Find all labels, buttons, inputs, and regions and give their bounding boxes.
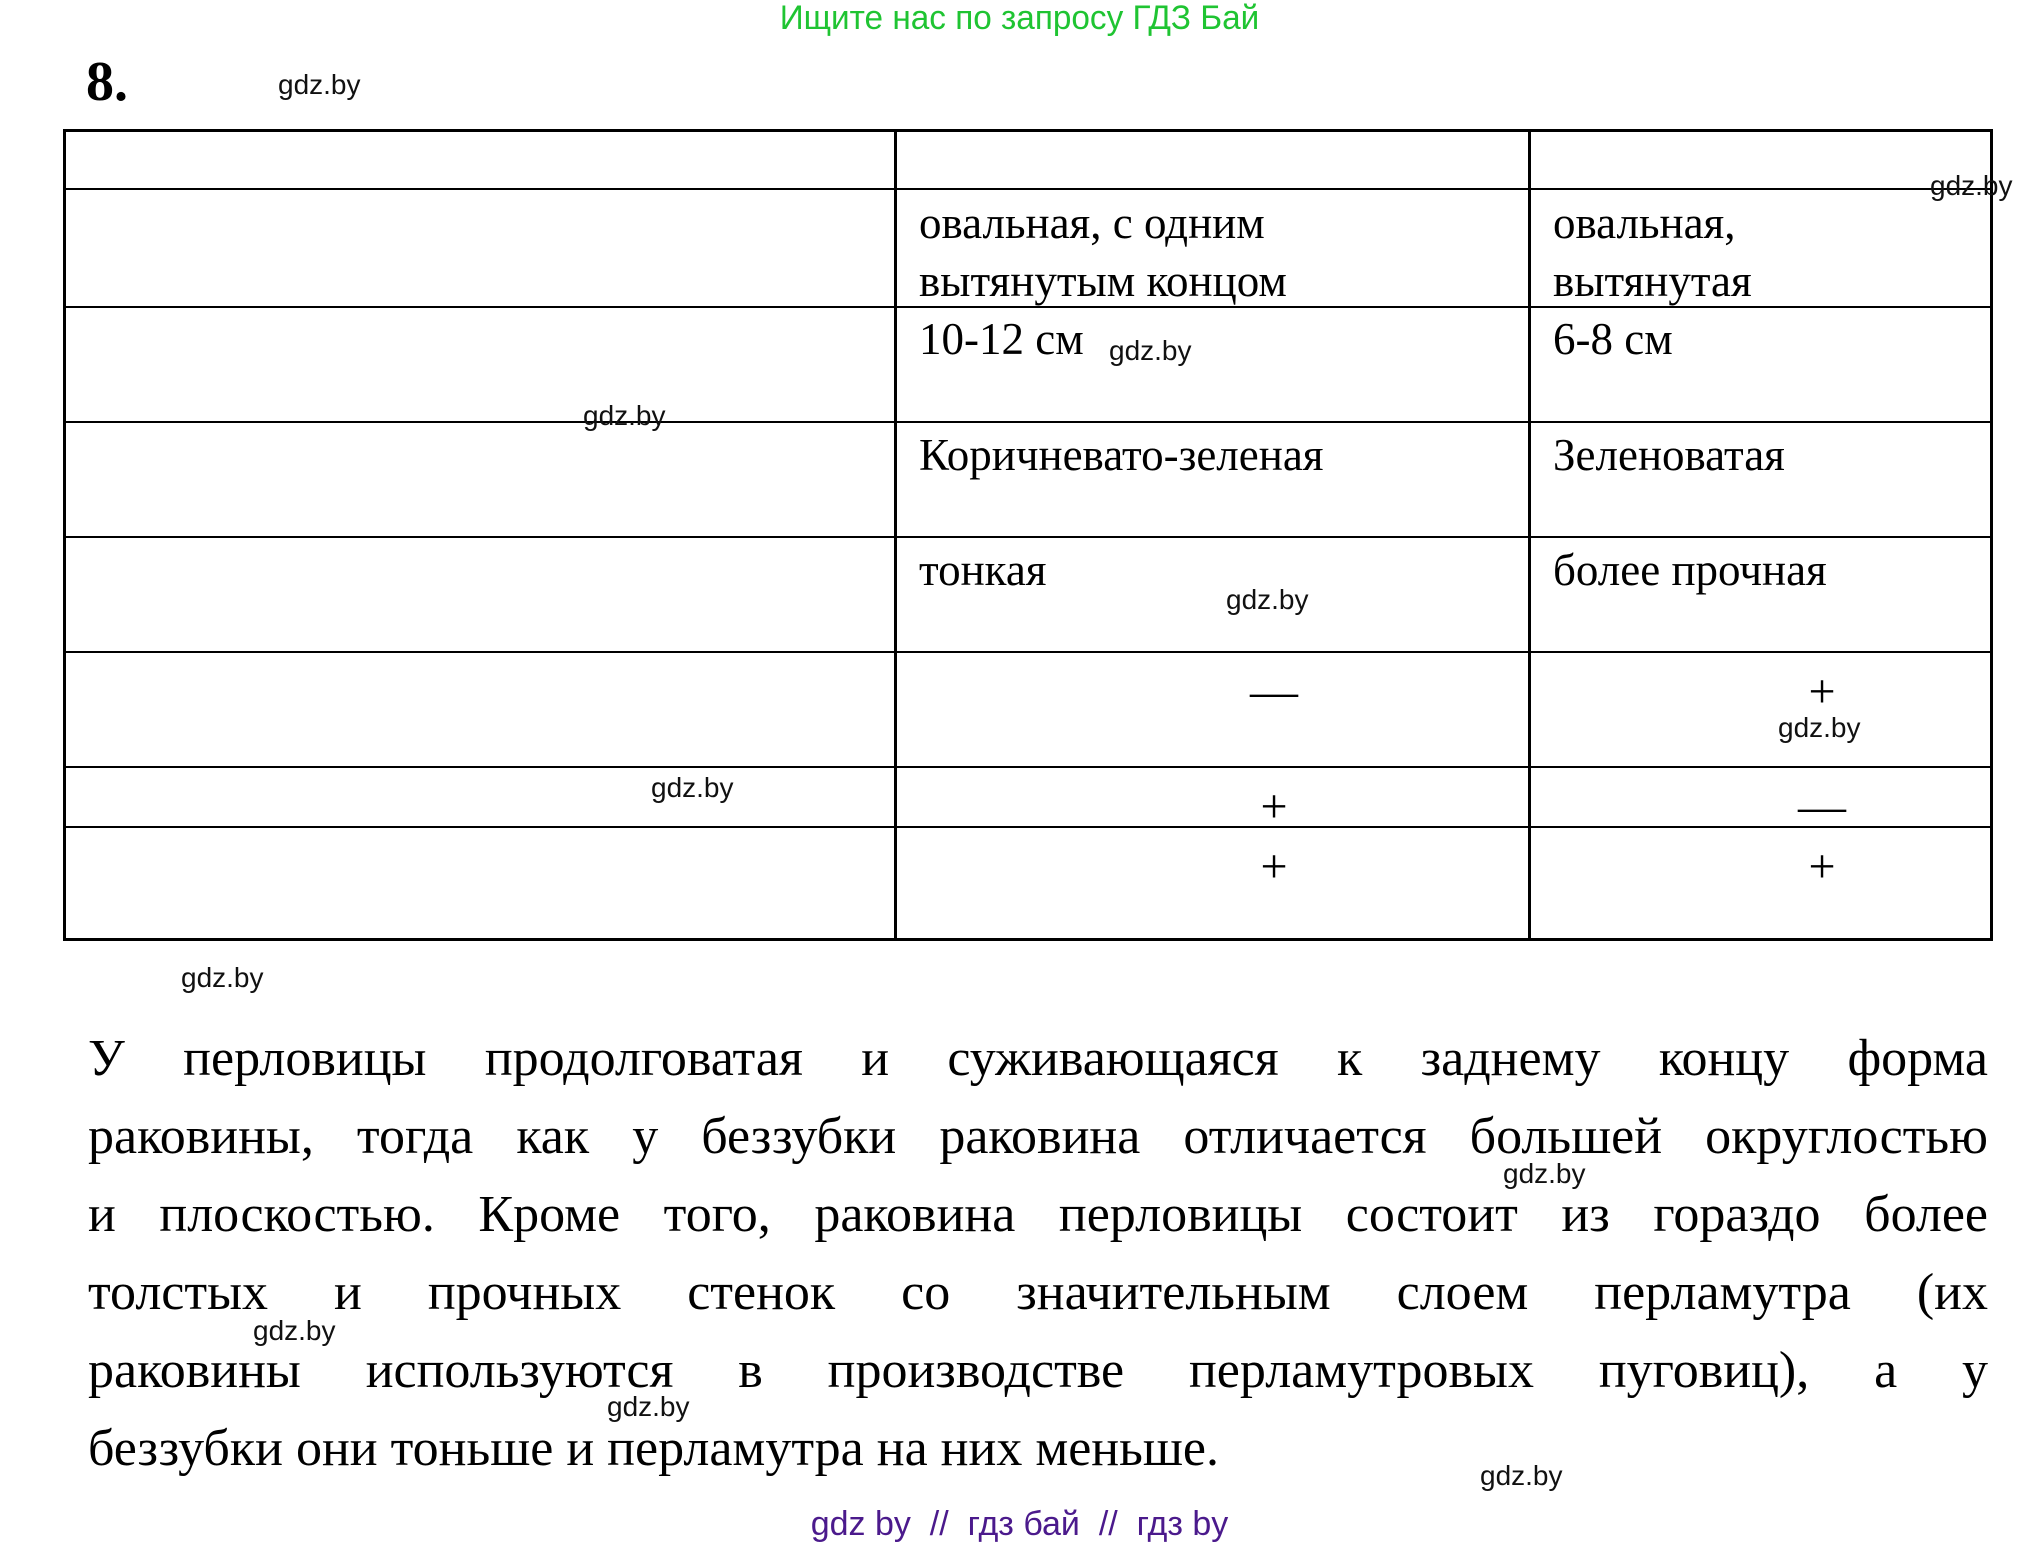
comparison-table: овальная, с одним вытянутым концом оваль…	[63, 129, 1993, 941]
watermark: gdz.by	[1480, 1461, 1563, 1491]
cell-shape-bezzubka: овальная, вытянутая	[1553, 194, 1752, 310]
watermark: gdz.by	[1778, 713, 1861, 743]
search-banner: Ищите нас по запросу ГДЗ Бай	[20, 0, 2018, 36]
watermark: gdz.by	[1226, 585, 1309, 615]
watermark: gdz.by	[1109, 336, 1192, 366]
cell-row6-perlovitsa: +	[1234, 783, 1314, 831]
row-divider	[66, 651, 1990, 653]
answer-paragraph: У перловицы продолговатая и суживающаяся…	[88, 1020, 1988, 1488]
watermark: gdz.by	[651, 773, 734, 803]
cell-line: овальная,	[1553, 194, 1752, 252]
row-divider	[66, 826, 1990, 828]
cell-color-bezzubka: Зеленоватая	[1553, 426, 1785, 484]
cell-size-perlovitsa: 10-12 см	[919, 310, 1084, 368]
paragraph-line: раковины используются в производстве пер…	[88, 1332, 1988, 1410]
watermark: gdz.by	[181, 963, 264, 993]
paragraph-line: У перловицы продолговатая и суживающаяся…	[88, 1020, 1988, 1098]
paragraph-line: раковины, тогда как у беззубки раковина …	[88, 1098, 1988, 1176]
row-divider	[66, 766, 1990, 768]
cell-size-bezzubka: 6-8 см	[1553, 310, 1673, 368]
column-divider	[1528, 132, 1531, 938]
watermark: gdz.by	[253, 1316, 336, 1346]
row-divider	[66, 421, 1990, 423]
footer-links: gdz by // гдз бай // гдз by	[0, 1505, 2039, 1543]
cell-wall-perlovitsa: тонкая	[919, 541, 1047, 599]
cell-line: вытянутая	[1553, 252, 1752, 310]
watermark: gdz.by	[1930, 171, 2013, 201]
cell-color-perlovitsa: Коричневато-зеленая	[919, 426, 1324, 484]
task-number: 8.	[86, 52, 128, 112]
cell-row5-bezzubka: +	[1782, 668, 1862, 716]
cell-row7-bezzubka: +	[1782, 843, 1862, 891]
cell-wall-bezzubka: более прочная	[1553, 541, 1827, 599]
column-divider	[894, 132, 897, 938]
watermark: gdz.by	[583, 401, 666, 431]
cell-shape-perlovitsa: овальная, с одним вытянутым концом	[919, 194, 1287, 310]
row-divider	[66, 536, 1990, 538]
cell-row5-perlovitsa: —	[1234, 668, 1314, 716]
cell-line: овальная, с одним	[919, 194, 1287, 252]
paragraph-line: и плоскостью. Кроме того, раковина перло…	[88, 1176, 1988, 1254]
paragraph-line: беззубки они тоньше и перламутра на них …	[88, 1410, 1988, 1488]
cell-row6-bezzubka: —	[1782, 783, 1862, 831]
watermark: gdz.by	[278, 70, 361, 100]
cell-line: вытянутым концом	[919, 252, 1287, 310]
watermark: gdz.by	[1503, 1159, 1586, 1189]
cell-row7-perlovitsa: +	[1234, 843, 1314, 891]
paragraph-line: толстых и прочных стенок со значительным…	[88, 1254, 1988, 1332]
row-divider	[66, 188, 1990, 190]
watermark: gdz.by	[607, 1392, 690, 1422]
